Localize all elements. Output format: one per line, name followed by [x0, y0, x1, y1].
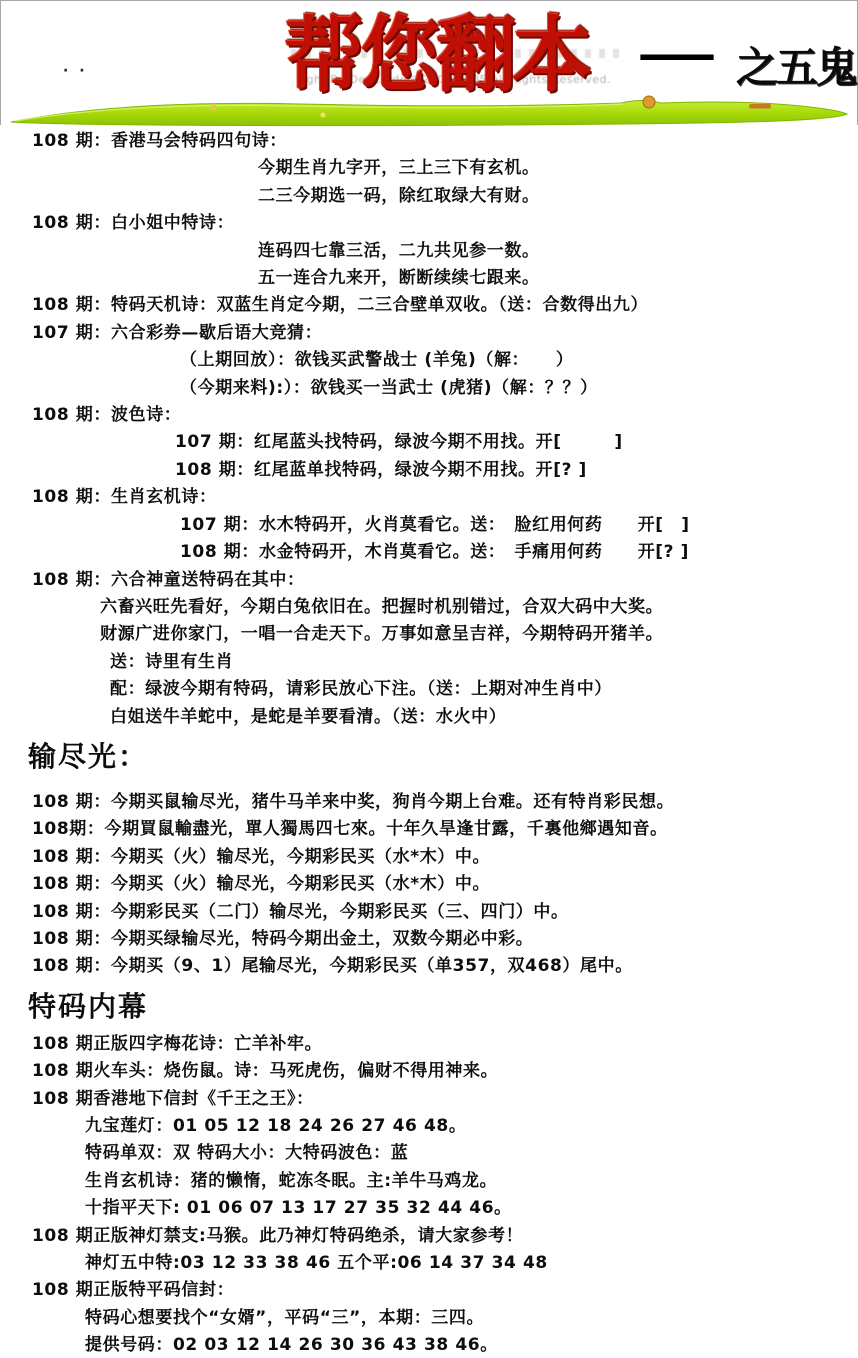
- text-line: 送：诗里有生肖: [0, 649, 858, 676]
- text-line: 连码四七靠三活，二九共见参一数。: [0, 238, 858, 265]
- text-line: 107 期：水木特码开，火肖莫看它。送： 脸红用何药 开[ ]: [0, 512, 858, 539]
- text-line: 108 期：六合神童送特码在其中：: [0, 567, 858, 594]
- text-line: 108 期正版神灯禁支:马猴。此乃神灯特码绝杀，请大家参考！: [0, 1223, 858, 1250]
- text-line: 108 期：今期买（9、1）尾输尽光，今期彩民买（单357，双468）尾中。: [0, 953, 858, 980]
- title-row: 帮您翻本 —— 之五鬼: [1, 1, 858, 101]
- text-line: 108 期：今期彩民买（二门）输尽光，今期彩民买（三、四门）中。: [0, 899, 858, 926]
- text-line: 108 期：今期买鼠输尽光，猪牛马羊来中奖，狗肖今期上台难。还有特肖彩民想。: [0, 789, 858, 816]
- text-line: 108 期：水金特码开，木肖莫看它。送： 手痛用何药 开[? ]: [0, 539, 858, 566]
- text-line: 特码单双：双 特码大小：大特码波色：蓝: [0, 1140, 858, 1167]
- grass-figure-icon: [643, 96, 655, 108]
- text-line: 107 期：六合彩券—歇后语大竞猜：: [0, 320, 858, 347]
- text-line: （上期回放）：欲钱买武警战士 (羊兔)（解： ）: [0, 347, 858, 374]
- text-line: 107 期：红尾蓝头找特码，绿波今期不用找。开[ ]: [0, 429, 858, 456]
- text-line: 108 期火车头：烧伤鼠。诗：马死虎伤，偏财不得用神来。: [0, 1058, 858, 1085]
- text-line: 108 期：波色诗：: [0, 402, 858, 429]
- text-line: 提供号码：02 03 12 14 26 30 36 43 38 46。: [0, 1332, 858, 1358]
- grass-banner-graphic: [1, 94, 858, 128]
- text-line: 五一连合九来开，断断续续七跟来。: [0, 265, 858, 292]
- text-line: 财源广进你家门，一唱一合走天下。万事如意呈吉祥，今期特码开猪羊。: [0, 621, 858, 648]
- grass-orange-dash: [749, 104, 771, 109]
- section-heading: 特码内幕: [0, 989, 858, 1025]
- text-line: 108 期：香港马会特码四句诗：: [0, 128, 858, 155]
- text-line: 白姐送牛羊蛇中，是蛇是羊要看清。（送：水火中）: [0, 704, 858, 731]
- page-subtitle: 之五鬼: [736, 35, 856, 95]
- grass-flower-dot-1: [210, 104, 217, 111]
- text-line: 十指平天下: 01 06 07 13 17 27 35 32 44 46。: [0, 1195, 858, 1222]
- text-line: （今期来料):）：欲钱买一当武士 (虎猪)（解：？？）: [0, 375, 858, 402]
- text-line: 108期：今期買鼠輸盡光，單人獨馬四七來。十年久旱逢甘露，千裏他鄉遇知音。: [0, 816, 858, 843]
- text-line: 今期生肖九字开，三上三下有玄机。: [0, 155, 858, 182]
- text-line: 108 期：特码天机诗：双蓝生肖定今期，二三合壁单双收。（送：合数得出九）: [0, 292, 858, 319]
- text-line: 108 期：红尾蓝单找特码，绿波今期不用找。开[? ]: [0, 457, 858, 484]
- text-line: 108 期：今期买（火）输尽光，今期彩民买（水*木）中。: [0, 844, 858, 871]
- grass-flower-dot-2: [320, 112, 325, 117]
- page: · · right By DeeCa do @2003-2005 All Rig…: [0, 0, 858, 1358]
- text-line: 特码心想要找个“女婿”，平码“三”，本期：三四。: [0, 1305, 858, 1332]
- text-line: 108 期正版特平码信封：: [0, 1277, 858, 1304]
- text-line: 108 期正版四字梅花诗：亡羊补牢。: [0, 1031, 858, 1058]
- header: · · right By DeeCa do @2003-2005 All Rig…: [0, 0, 858, 125]
- text-line: 神灯五中特:03 12 33 38 46 五个平:06 14 37 34 48: [0, 1250, 858, 1277]
- text-line: 六畜兴旺先看好，今期白兔依旧在。把握时机别错过，合双大码中大奖。: [0, 594, 858, 621]
- text-line: 配：绿波今期有特码，请彩民放心下注。（送：上期对冲生肖中）: [0, 676, 858, 703]
- grass-hill-shape: [11, 101, 847, 126]
- text-line: 108 期香港地下信封《千王之王》：: [0, 1086, 858, 1113]
- text-line: 九宝莲灯：01 05 12 18 24 26 27 46 48。: [0, 1113, 858, 1140]
- text-line: 二三今期选一码，除红取绿大有财。: [0, 183, 858, 210]
- page-title: 帮您翻本: [284, 0, 588, 107]
- text-line: 108 期：白小姐中特诗：: [0, 210, 858, 237]
- title-dash: ——: [638, 29, 706, 80]
- content-lines: 108 期：香港马会特码四句诗：今期生肖九字开，三上三下有玄机。二三今期选一码，…: [0, 128, 858, 1358]
- text-line: 108 期：生肖玄机诗：: [0, 484, 858, 511]
- text-line: 生肖玄机诗：猪的懒惰，蛇冻冬眠。主:羊牛马鸡龙。: [0, 1168, 858, 1195]
- section-heading: 输尽光：: [0, 739, 858, 775]
- text-line: 108 期：今期买绿输尽光，特码今期出金土，双数今期必中彩。: [0, 926, 858, 953]
- content: 108 期：香港马会特码四句诗：今期生肖九字开，三上三下有玄机。二三今期选一码，…: [0, 125, 858, 1358]
- text-line: 108 期：今期买（火）输尽光，今期彩民买（水*木）中。: [0, 871, 858, 898]
